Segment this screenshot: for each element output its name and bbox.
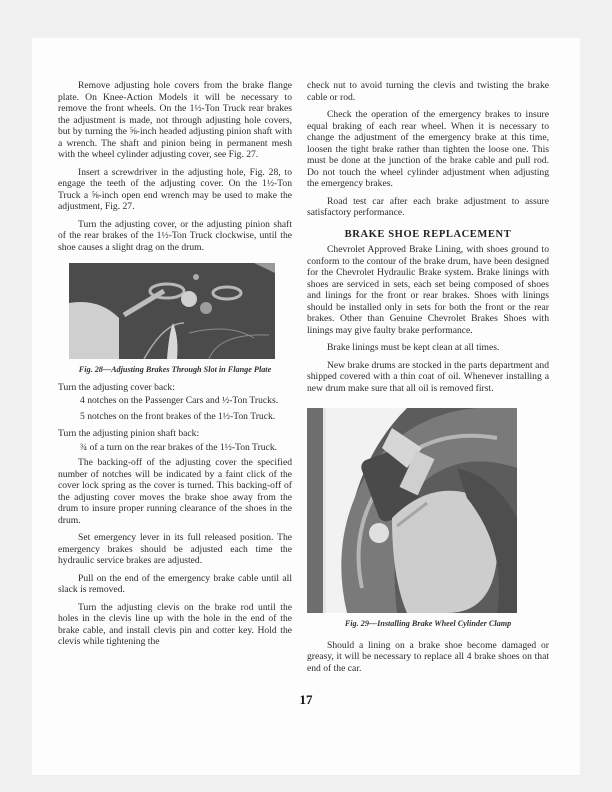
paragraph: The backing-off of the adjusting cover t… <box>58 457 292 526</box>
figure-29: Fig. 29—Installing Brake Wheel Cylinder … <box>307 408 549 630</box>
section-heading: BRAKE SHOE REPLACEMENT <box>307 229 549 241</box>
page-number: 17 <box>0 692 612 708</box>
paragraph: Turn the adjusting clevis on the brake r… <box>58 602 292 648</box>
left-column: Remove adjusting hole covers from the br… <box>58 80 292 654</box>
paragraph: Turn the adjusting cover, or the adjusti… <box>58 219 292 254</box>
figure-28-caption: Fig. 28—Adjusting Brakes Through Slot in… <box>58 364 292 376</box>
pinion-back-intro: Turn the adjusting pinion shaft back: <box>58 428 292 440</box>
figure-29-caption: Fig. 29—Installing Brake Wheel Cylinder … <box>307 618 549 630</box>
list-item: 5 notches on the front brakes of the 1½-… <box>58 411 292 423</box>
figure-28-photo <box>69 263 275 359</box>
wheel-cylinder-photo-icon <box>307 408 517 613</box>
paragraph: Brake linings must be kept clean at all … <box>307 342 549 354</box>
figure-28: Fig. 28—Adjusting Brakes Through Slot in… <box>58 263 292 376</box>
list-item: ¾ of a turn on the rear brakes of the 1½… <box>58 442 292 454</box>
figure-29-photo <box>307 408 517 613</box>
paragraph: Chevrolet Approved Brake Lining, with sh… <box>307 244 549 336</box>
list-item: 4 notches on the Passenger Cars and ½-To… <box>58 395 292 407</box>
brake-flange-photo-icon <box>69 263 275 359</box>
right-column: check nut to avoid turning the clevis an… <box>307 80 549 680</box>
cover-back-intro: Turn the adjusting cover back: <box>58 382 292 394</box>
paragraph: Insert a screwdriver in the adjusting ho… <box>58 167 292 213</box>
paragraph: Should a lining on a brake shoe become d… <box>307 640 549 675</box>
continued-paragraph: check nut to avoid turning the clevis an… <box>307 80 549 103</box>
paragraph: Pull on the end of the emergency brake c… <box>58 573 292 596</box>
paragraph: Road test car after each brake adjustmen… <box>307 196 549 219</box>
paragraph: Remove adjusting hole covers from the br… <box>58 80 292 161</box>
paragraph: Set emergency lever in its full released… <box>58 532 292 567</box>
paragraph: Check the operation of the emergency bra… <box>307 109 549 190</box>
paragraph: New brake drums are stocked in the parts… <box>307 360 549 395</box>
